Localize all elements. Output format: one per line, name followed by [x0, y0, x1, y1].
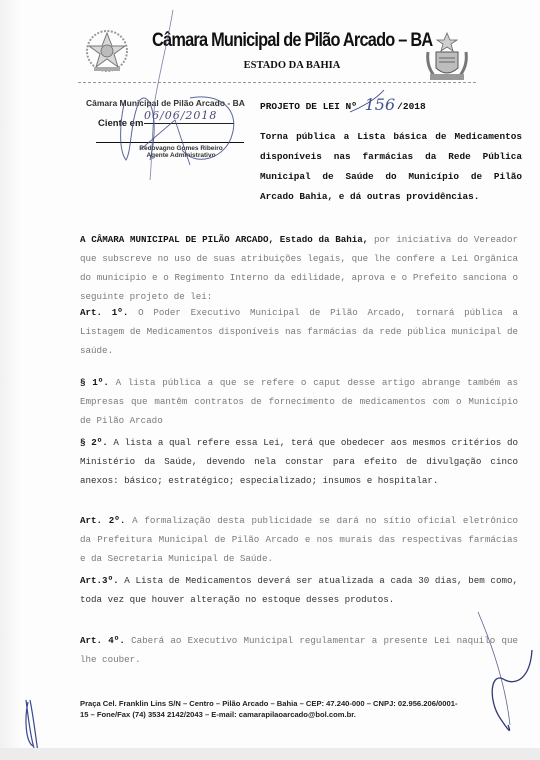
handwritten-signatures: [0, 0, 540, 760]
scan-bottom-edge: [0, 748, 540, 760]
document-page: Câmara Municipal de Pilão Arcado – BA ES…: [0, 0, 540, 748]
